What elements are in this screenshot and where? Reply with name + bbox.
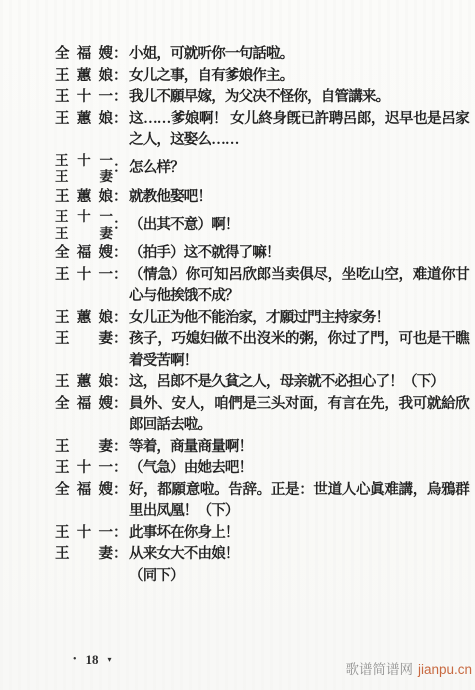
speaker-colon: ： bbox=[113, 243, 129, 265]
speaker-name: 王蕙娘 bbox=[55, 187, 113, 209]
dialogue-line: 王 妻 ： 从来女大不由娘！ bbox=[55, 544, 469, 566]
speaker-colon: ： bbox=[113, 215, 129, 237]
dialogue-text: （同下） bbox=[129, 566, 469, 588]
dialogue-text: 这……爹娘啊！ 女儿終身旣已許聘呂郎，迟早也是呂家之人，这娶么…… bbox=[129, 109, 469, 152]
speaker-colon: ： bbox=[113, 523, 129, 545]
dialogue-line: 王 妻 ： 孩子，巧媳妇做不出沒米的粥，你过了門，可也是干瞧着受苦啊！ bbox=[55, 329, 469, 372]
dialogue-line: 王十一 ： 此事坏在你身上！ bbox=[55, 523, 469, 545]
script-lines: 全福嫂 ： 小姐，可就听你一句話啦。 王蕙娘 ： 女儿之事，自有爹娘作主。 王十… bbox=[55, 44, 469, 587]
dialogue-line: 王蕙娘 ： 女儿之事，自有爹娘作主。 bbox=[55, 66, 469, 88]
dialogue-text: 員外、安人，咱們是三头对面，有言在先，我可就給欣郎回話去啦。 bbox=[129, 394, 469, 437]
dialogue-line: 王 妻 ： 等着，商量商量啊！ bbox=[55, 437, 469, 459]
footer-left-dot: • bbox=[73, 655, 77, 665]
dialogue-text: （情急）你可知呂欣郎当卖俱尽，坐吃山空，难道你甘心与他挨饿不成？ bbox=[129, 265, 469, 308]
page-number: 18 bbox=[86, 653, 99, 666]
dialogue-line: 王十一 ： （气急）由她去吧！ bbox=[55, 458, 469, 480]
dialogue-text: 从来女大不由娘！ bbox=[129, 544, 469, 566]
speaker-name: 全福嫂 bbox=[55, 243, 113, 265]
speaker-colon: ： bbox=[113, 87, 129, 109]
speaker-colon: ： bbox=[113, 109, 129, 131]
speaker-name: 全福嫂 bbox=[55, 394, 113, 416]
dialogue-text: 这，呂郎不是久貧之人，母亲就不必担心了！（下） bbox=[129, 372, 469, 394]
speaker-name: 王 妻 bbox=[55, 329, 113, 351]
speaker-colon: ： bbox=[113, 544, 129, 566]
speaker-colon: ： bbox=[113, 437, 129, 459]
dialogue-text: 好，都願意啦。告辞。正是：世道人心眞难講，烏鴉群里出凤凰！（下） bbox=[129, 480, 469, 523]
dialogue-text: 等着，商量商量啊！ bbox=[129, 437, 469, 459]
script-page: 全福嫂 ： 小姐，可就听你一句話啦。 王蕙娘 ： 女儿之事，自有爹娘作主。 王十… bbox=[0, 0, 475, 690]
speaker-colon: ： bbox=[113, 44, 129, 66]
dialogue-text: 女儿之事，自有爹娘作主。 bbox=[129, 66, 469, 88]
speaker-colon: ： bbox=[113, 158, 129, 180]
speaker-colon: ： bbox=[113, 372, 129, 394]
speaker-colon: ： bbox=[113, 265, 129, 287]
watermark-site-url[interactable]: jianpu.cn bbox=[418, 662, 472, 677]
speaker-name-bottom: 王 妻 bbox=[55, 226, 113, 243]
speaker-colon: ： bbox=[113, 480, 129, 502]
dialogue-line: 全福嫂 ： 好，都願意啦。告辞。正是：世道人心眞难講，烏鴉群里出凤凰！（下） bbox=[55, 480, 469, 523]
speaker-colon: ： bbox=[113, 458, 129, 480]
dialogue-text: 我儿不願早嫁，为父决不怪你，自管講来。 bbox=[129, 87, 469, 109]
speaker-colon: ： bbox=[113, 394, 129, 416]
speaker-name: 王十一王 妻 bbox=[55, 153, 113, 186]
dialogue-line: 王蕙娘 ： 这，呂郎不是久貧之人，母亲就不必担心了！（下） bbox=[55, 372, 469, 394]
dialogue-line: 王十一 ： 我儿不願早嫁，为父决不怪你，自管講来。 bbox=[55, 87, 469, 109]
footer-right-mark: ▾ bbox=[108, 656, 112, 664]
dialogue-line: 王蕙娘 ： 女儿正为他不能治家，才願过門主持家务！ bbox=[55, 308, 469, 330]
dialogue-text: 怎么样？ bbox=[129, 158, 469, 180]
dialogue-line: 全福嫂 ： 員外、安人，咱們是三头对面，有言在先，我可就給欣郎回話去啦。 bbox=[55, 394, 469, 437]
speaker-name: 王十一 bbox=[55, 458, 113, 480]
speaker-colon: ： bbox=[113, 66, 129, 88]
speaker-name: 王十一王 妻 bbox=[55, 209, 113, 242]
dialogue-line: 王蕙娘 ： 这……爹娘啊！ 女儿終身旣已許聘呂郎，迟早也是呂家之人，这娶么…… bbox=[55, 109, 469, 152]
speaker-name: 全福嫂 bbox=[55, 480, 113, 502]
speaker-name: 王 妻 bbox=[55, 544, 113, 566]
dialogue-line: 王十一王 妻 ： （出其不意）啊！ bbox=[55, 208, 469, 243]
dialogue-text: （出其不意）啊！ bbox=[129, 215, 469, 237]
dialogue-line: （同下） bbox=[55, 566, 469, 588]
speaker-name: 王蕙娘 bbox=[55, 109, 113, 131]
speaker-colon: ： bbox=[113, 329, 129, 351]
dialogue-text: 此事坏在你身上！ bbox=[129, 523, 469, 545]
speaker-name: 王十一 bbox=[55, 87, 113, 109]
speaker-name: 王蕙娘 bbox=[55, 308, 113, 330]
dialogue-text: 女儿正为他不能治家，才願过門主持家务！ bbox=[129, 308, 469, 330]
dialogue-text: 孩子，巧媳妇做不出沒米的粥，你过了門，可也是干瞧着受苦啊！ bbox=[129, 329, 469, 372]
speaker-name-top: 王十一 bbox=[55, 153, 113, 170]
watermark: 歌谱简谱网jianpu.cn bbox=[345, 658, 472, 678]
dialogue-line: 全福嫂 ： 小姐，可就听你一句話啦。 bbox=[55, 44, 469, 66]
dialogue-text: （气急）由她去吧！ bbox=[129, 458, 469, 480]
speaker-name: 王 妻 bbox=[55, 437, 113, 459]
dialogue-text: （拍手）这不就得了嘛！ bbox=[129, 243, 469, 265]
speaker-name-top: 王十一 bbox=[55, 209, 113, 226]
dialogue-text: 小姐，可就听你一句話啦。 bbox=[129, 44, 469, 66]
dialogue-line: 王十一 ： （情急）你可知呂欣郎当卖俱尽，坐吃山空，难道你甘心与他挨饿不成？ bbox=[55, 265, 469, 308]
dialogue-line: 王十一王 妻 ： 怎么样？ bbox=[55, 152, 469, 187]
speaker-name: 王蕙娘 bbox=[55, 372, 113, 394]
speaker-name: 王十一 bbox=[55, 265, 113, 287]
speaker-name: 王十一 bbox=[55, 523, 113, 545]
dialogue-text: 就教他娶吧！ bbox=[129, 187, 469, 209]
dialogue-line: 王蕙娘 ： 就教他娶吧！ bbox=[55, 187, 469, 209]
speaker-name: 王蕙娘 bbox=[55, 66, 113, 88]
speaker-name: 全福嫂 bbox=[55, 44, 113, 66]
speaker-colon: ： bbox=[113, 308, 129, 330]
page-footer: • 18 ▾ bbox=[73, 653, 112, 666]
speaker-name-bottom: 王 妻 bbox=[55, 169, 113, 186]
speaker-colon: ： bbox=[113, 187, 129, 209]
watermark-site-name: 歌谱简谱网 bbox=[345, 662, 413, 677]
dialogue-line: 全福嫂 ： （拍手）这不就得了嘛！ bbox=[55, 243, 469, 265]
